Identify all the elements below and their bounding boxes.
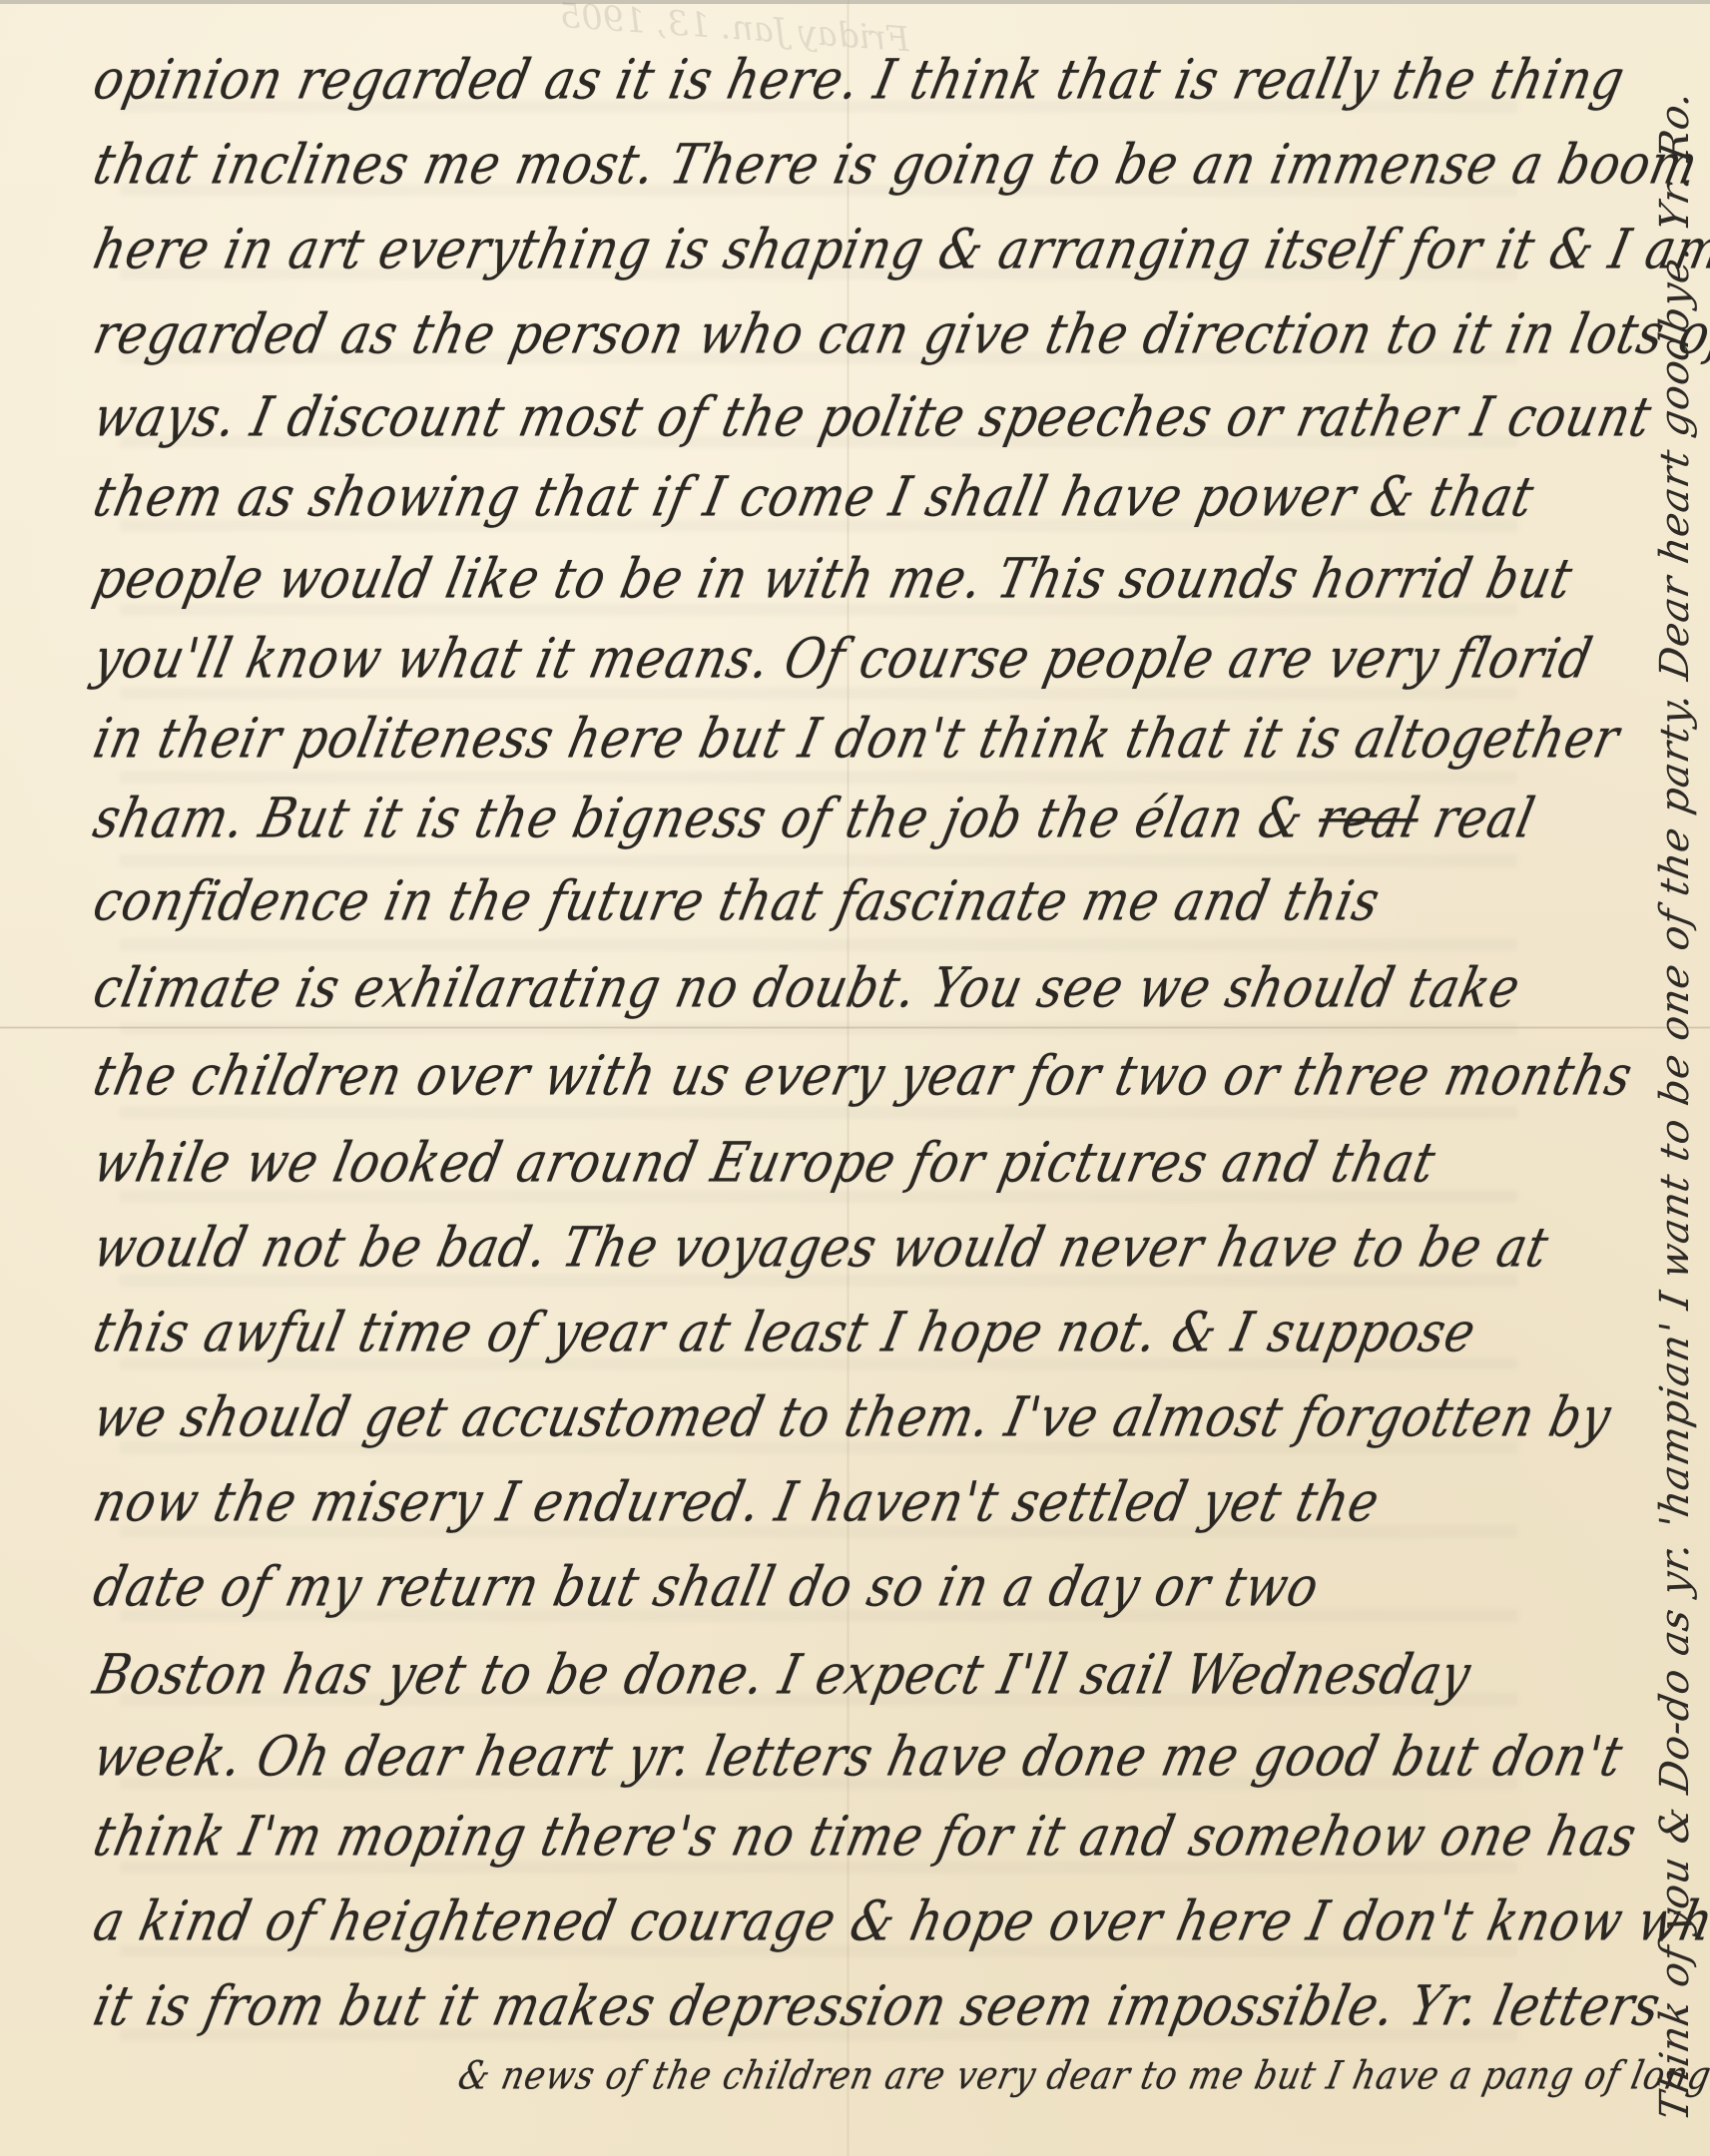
letter-line-10-tail: real [1427, 787, 1540, 850]
letter-line-19: date of my return but shall do so in a d… [88, 1555, 1325, 1619]
letter-line-16: this awful time of year at least I hope … [88, 1301, 1481, 1364]
letter-line-17: we should get accustomed to them. I've a… [88, 1385, 1617, 1449]
struck-word: real [1313, 787, 1425, 850]
letter-line-11: confidence in the future that fascinate … [88, 869, 1386, 933]
letter-line-21: week. Oh dear heart yr. letters have don… [88, 1725, 1628, 1789]
letter-line-8: you'll know what it means. Of course peo… [88, 627, 1598, 691]
letter-line-13: the children over with us every year for… [88, 1044, 1638, 1108]
letter-line-15: would not be bad. The voyages would neve… [88, 1216, 1554, 1280]
letter-line-14: while we looked around Europe for pictur… [88, 1131, 1441, 1195]
letter-line-6: them as showing that if I come I shall h… [88, 465, 1539, 529]
letter-footer-line: & news of the children are very dear to … [454, 2053, 1710, 2099]
paper-top-edge [0, 0, 1710, 4]
letter-line-2: that inclines me most. There is going to… [88, 133, 1704, 197]
vertical-margin-note: Think of you & Do-do as yr. 'hampian' I … [1652, 87, 1698, 2124]
horizontal-fold-line [0, 1026, 1710, 1029]
letter-line-20: Boston has yet to be done. I expect I'll… [88, 1643, 1476, 1707]
letter-page: Friday Jan. 13, 1905 opinion regarded as… [0, 0, 1710, 2156]
letter-line-10-text: sham. But it is the bigness of the job t… [88, 787, 1310, 850]
letter-line-9: in their politeness here but I don't thi… [88, 707, 1625, 771]
letter-line-12: climate is exhilarating no doubt. You se… [88, 956, 1526, 1020]
letter-line-4: regarded as the person who can give the … [88, 302, 1710, 366]
letter-line-7: people would like to be in with me. This… [88, 547, 1578, 611]
letter-line-23: a kind of heightened courage & hope over… [88, 1889, 1710, 1953]
letter-line-18: now the misery I endured. I haven't sett… [88, 1470, 1386, 1534]
letter-line-1: opinion regarded as it is here. I think … [88, 48, 1630, 112]
letter-line-3: here in art everything is shaping & arra… [88, 218, 1710, 281]
letter-line-5: ways. I discount most of the polite spee… [88, 385, 1657, 449]
letter-line-10: sham. But it is the bigness of the job t… [88, 787, 1540, 850]
letter-line-22: think I'm moping there's no time for it … [88, 1805, 1642, 1869]
letter-line-24: it is from but it makes depression seem … [88, 1974, 1666, 2038]
